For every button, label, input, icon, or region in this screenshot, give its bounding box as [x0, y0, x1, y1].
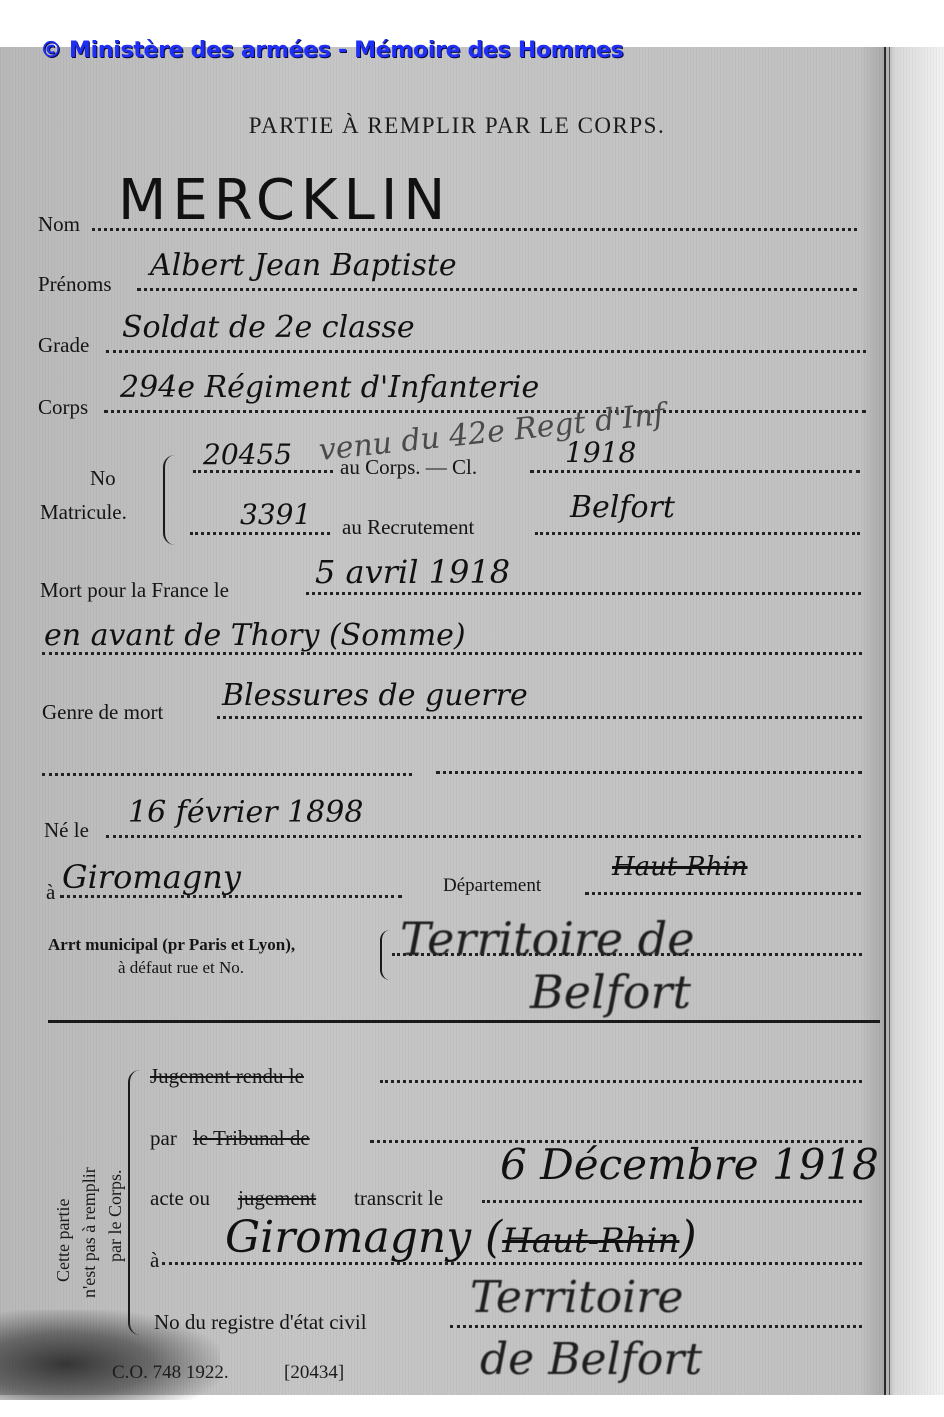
departement-value-line1: Territoire de: [400, 912, 694, 966]
arrondissement-brace: [380, 930, 390, 980]
jugement-line: [380, 1080, 862, 1083]
copyright-watermark: © Ministère des armées - Mémoire des Hom…: [40, 38, 623, 63]
departement-struck-value: Haut-Rhin: [612, 852, 748, 882]
grade-line: [106, 350, 866, 353]
lieu-value: Giromagny (Haut-Rhin): [225, 1212, 697, 1263]
prenoms-label: Prénoms: [38, 272, 112, 297]
classe-line: [530, 470, 860, 473]
corps-label: Corps: [38, 395, 88, 420]
lieu-value-end: ): [679, 1212, 696, 1263]
print-code: C.O. 748 1922.: [112, 1362, 229, 1384]
lower-section-brace: [128, 1070, 140, 1335]
lieu-value-text: Giromagny (: [225, 1212, 502, 1263]
transcription-label-struck: jugement: [238, 1186, 316, 1211]
transcription-line: [482, 1200, 862, 1203]
lieu-naissance-value: Giromagny: [62, 858, 241, 896]
side-note-line1: Cette partie: [52, 1199, 74, 1282]
arrondissement-label-line1: Arrt municipal (pr Paris et Lyon),: [48, 935, 295, 955]
prenoms-line: [137, 288, 857, 291]
card-edge-line: [884, 47, 886, 1395]
recrutement-label: au Recrutement: [342, 515, 474, 540]
matricule-recrutement-line: [190, 532, 330, 535]
matricule-corps-label: au Corps. — Cl.: [340, 455, 477, 480]
corps-line: [104, 410, 866, 413]
matricule-label: Matricule.: [40, 500, 127, 525]
naissance-value: 16 février 1898: [128, 795, 363, 830]
genre-mort-label: Genre de mort: [42, 700, 163, 725]
grade-value: Soldat de 2e classe: [122, 310, 415, 345]
tribunal-label-prefix: par: [150, 1126, 177, 1151]
mort-date: 5 avril 1918: [315, 553, 510, 591]
blank-line-right: [436, 771, 862, 774]
classe-value: 1918: [565, 436, 636, 469]
departement-value-line2: Belfort: [530, 965, 691, 1019]
arrondissement-label-line2: à défaut rue et No.: [118, 958, 244, 978]
mort-label: Mort pour la France le: [40, 578, 229, 603]
grade-label: Grade: [38, 333, 89, 358]
lieu-struck-value: Haut-Rhin: [502, 1221, 679, 1261]
recrutement-place-value: Belfort: [570, 490, 675, 525]
departement-label: Département: [443, 875, 541, 897]
genre-mort-value: Blessures de guerre: [222, 678, 528, 713]
naissance-line: [106, 835, 861, 838]
arrondissement-line: [392, 953, 862, 956]
matricule-recrutement-value: 3391: [240, 498, 311, 531]
transcription-date: 6 Décembre 1918: [500, 1140, 879, 1189]
prenoms-value: Albert Jean Baptiste: [150, 248, 457, 283]
matricule-brace: [163, 455, 175, 545]
ink-stain: [0, 1310, 220, 1400]
transcription-label-prefix: acte ou: [150, 1186, 210, 1211]
transcription-label-suffix: transcrit le: [354, 1186, 443, 1211]
naissance-label: Né le: [44, 818, 89, 843]
lieu-label: à: [150, 1248, 159, 1273]
recrutement-place-line: [535, 532, 860, 535]
form-number: [20434]: [284, 1362, 344, 1384]
matricule-label-no: No: [90, 466, 116, 491]
registre-line: [450, 1325, 862, 1328]
card-edge-line: [889, 47, 890, 1395]
tribunal-label-struck: le Tribunal de: [193, 1126, 310, 1151]
side-note-line2: n'est pas à remplir: [78, 1167, 100, 1298]
departement-line: [585, 892, 861, 895]
blank-line-left: [42, 773, 412, 776]
mort-place: en avant de Thory (Somme): [44, 618, 466, 653]
registre-value-line2: de Belfort: [480, 1334, 702, 1385]
section-divider: [48, 1020, 880, 1023]
nom-label: Nom: [38, 212, 80, 237]
matricule-corps-value: 20455: [203, 438, 292, 471]
genre-mort-line: [217, 716, 862, 719]
side-note-line3: par le Corps.: [104, 1170, 126, 1262]
jugement-label: Jugement rendu le: [150, 1064, 304, 1089]
nom-value: MERCKLIN: [118, 168, 451, 233]
lieu-naissance-label: à: [46, 880, 55, 905]
form-title: PARTIE À REMPLIR PAR LE CORPS.: [0, 113, 944, 139]
corps-value: 294e Régiment d'Infanterie: [120, 370, 539, 405]
registre-value-line1: Territoire: [470, 1272, 683, 1323]
mort-line: [306, 592, 861, 595]
